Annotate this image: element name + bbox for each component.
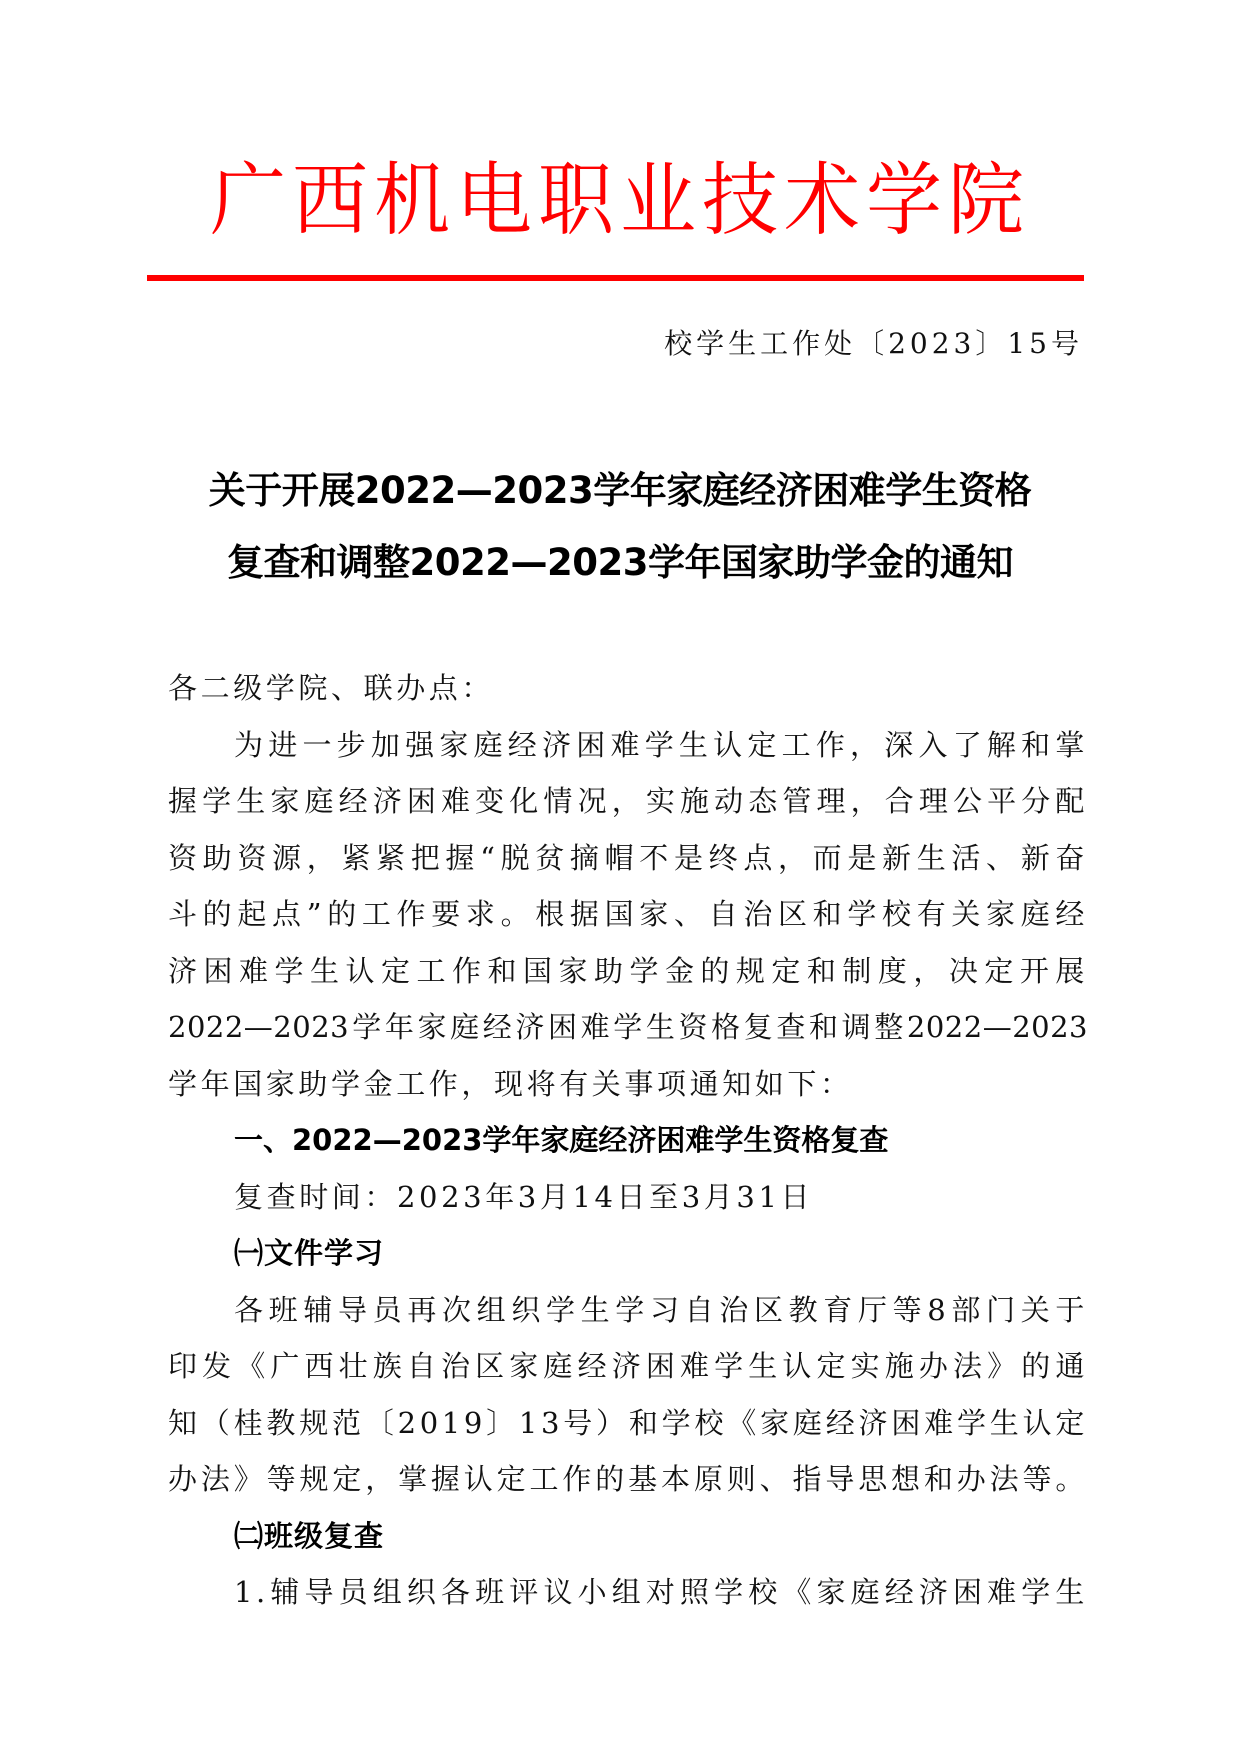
paragraph-line: 斗的起点”的工作要求。根据国家、自治区和学校有关家庭经: [168, 886, 1088, 943]
paragraph-line: 办法》等规定，掌握认定工作的基本原则、指导思想和办法等。: [168, 1451, 1088, 1508]
paragraph-line: 为进一步加强家庭经济困难学生认定工作，深入了解和掌: [234, 717, 1088, 774]
paragraph-line: 各班辅导员再次组织学生学习自治区教育厅等8部门关于: [234, 1282, 1088, 1339]
paragraph-line: 学年国家助学金工作，现将有关事项通知如下：: [168, 1056, 1088, 1113]
paragraph-line: 资助资源，紧紧把握“脱贫摘帽不是终点，而是新生活、新奋: [168, 830, 1088, 887]
paragraph-line: 1.辅导员组织各班评议小组对照学校《家庭经济困难学生: [234, 1564, 1088, 1621]
subsection-2-heading: ㈡班级复查: [168, 1508, 1088, 1565]
salutation: 各二级学院、联办点：: [168, 660, 1088, 717]
document-headline: 关于开展2022—2023学年家庭经济困难学生资格 复查和调整2022—2023…: [150, 455, 1090, 599]
section-1-heading: 一、2022—2023学年家庭经济困难学生资格复查: [168, 1112, 1088, 1169]
subsection-2-paragraph: 1.辅导员组织各班评议小组对照学校《家庭经济困难学生: [168, 1564, 1088, 1621]
intro-paragraph: 为进一步加强家庭经济困难学生认定工作，深入了解和掌 握学生家庭经济困难变化情况，…: [168, 717, 1088, 1113]
document-number: 校学生工作处〔2023〕15号: [664, 322, 1083, 366]
red-divider-rule: [147, 275, 1084, 281]
paragraph-line: 印发《广西壮族自治区家庭经济困难学生认定实施办法》的通: [168, 1338, 1088, 1395]
paragraph-line: 2022—2023学年家庭经济困难学生资格复查和调整2022—2023: [168, 999, 1088, 1056]
paragraph-line: 知（桂教规范〔2019〕13号）和学校《家庭经济困难学生认定: [168, 1395, 1088, 1452]
subsection-1-heading: ㈠文件学习: [168, 1225, 1088, 1282]
paragraph-line: 握学生家庭经济困难变化情况，实施动态管理，合理公平分配: [168, 773, 1088, 830]
document-body: 各二级学院、联办点： 为进一步加强家庭经济困难学生认定工作，深入了解和掌 握学生…: [168, 660, 1088, 1621]
paragraph-line: 济困难学生认定工作和国家助学金的规定和制度，决定开展: [168, 943, 1088, 1000]
masthead-institution-name: 广西机电职业技术学院: [0, 148, 1240, 253]
headline-line-1: 关于开展2022—2023学年家庭经济困难学生资格: [150, 455, 1090, 527]
subsection-1-paragraph: 各班辅导员再次组织学生学习自治区教育厅等8部门关于 印发《广西壮族自治区家庭经济…: [168, 1282, 1088, 1508]
headline-line-2: 复查和调整2022—2023学年国家助学金的通知: [150, 527, 1090, 599]
review-period: 复查时间：2023年3月14日至3月31日: [168, 1169, 1088, 1226]
